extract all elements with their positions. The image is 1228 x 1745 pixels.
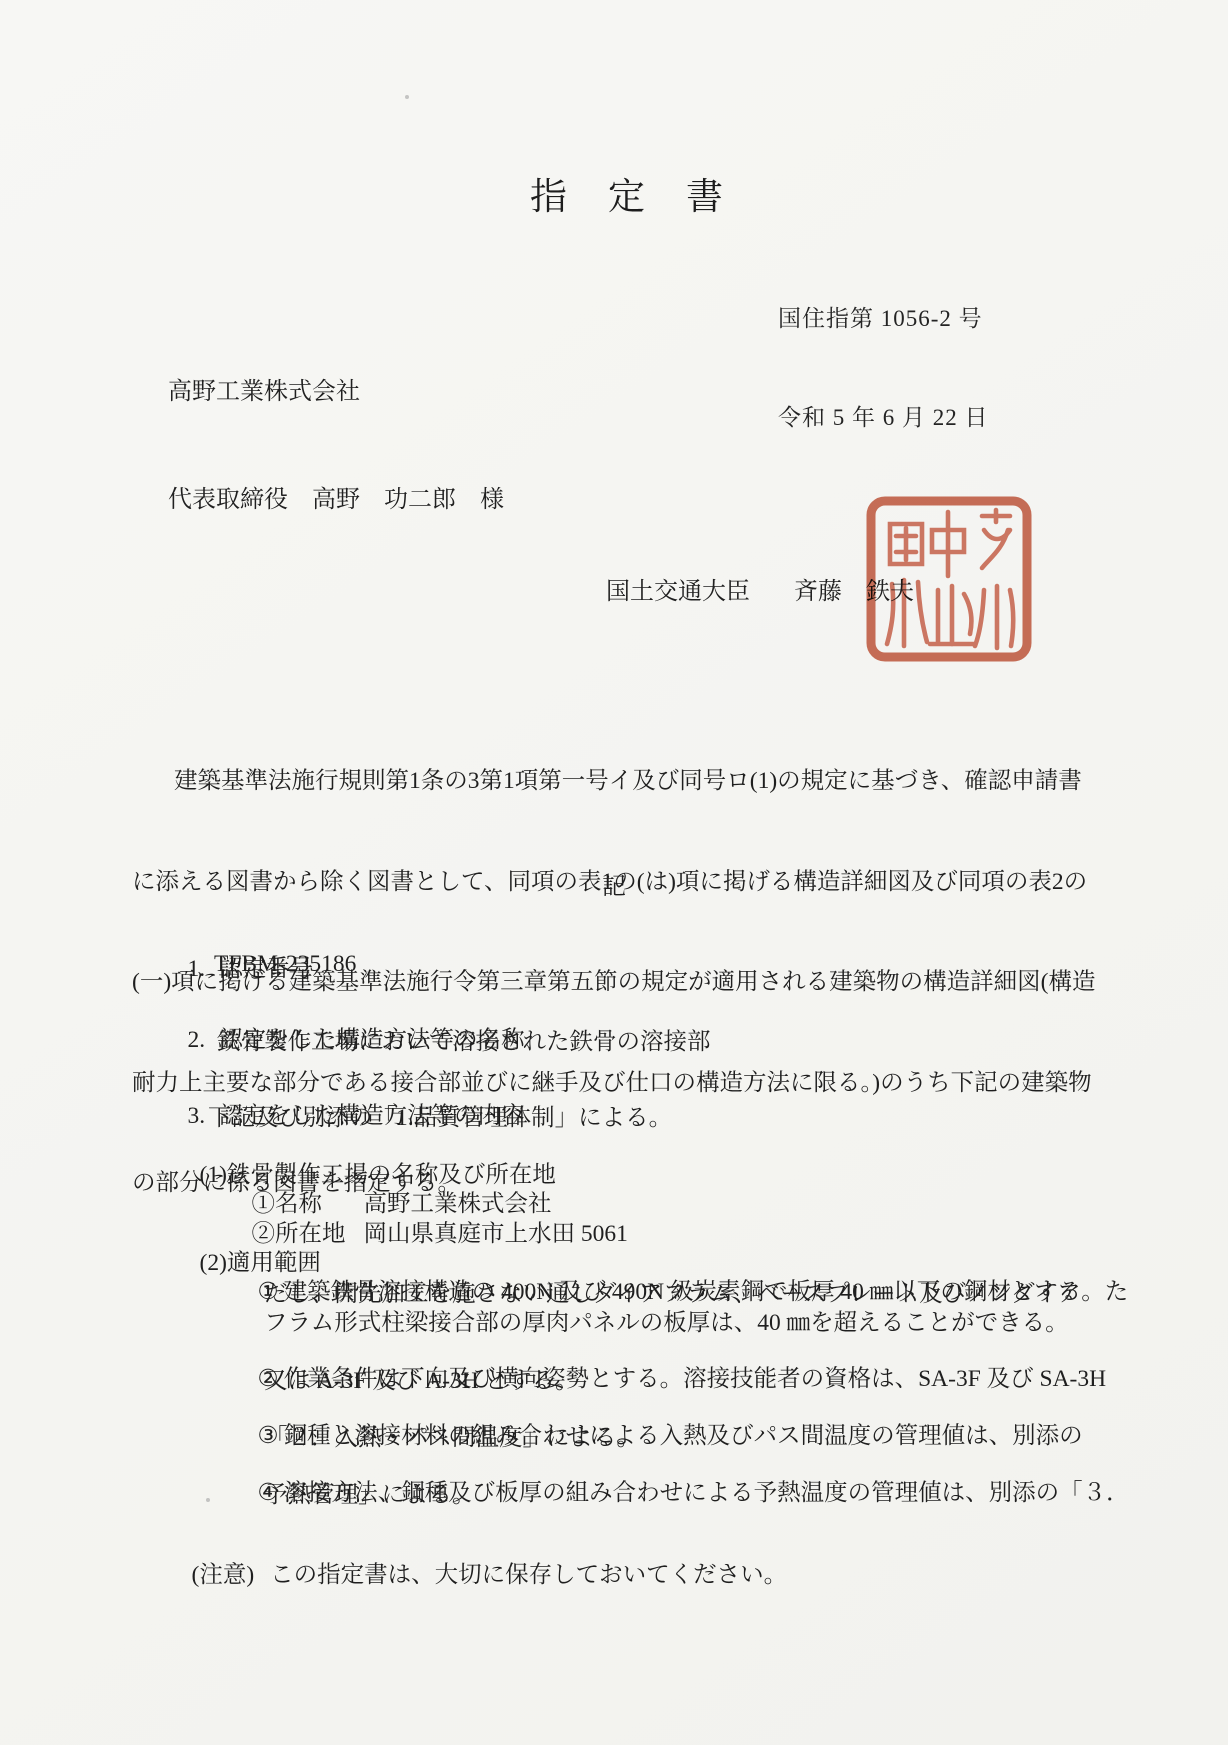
page-title: 指 定 書 xyxy=(530,166,725,220)
body-line: 建築基準法施行規則第1条の3第1項第一号イ及び同号ロ(1)の規定に基づき、確認申… xyxy=(132,765,1112,799)
item-number: 1. xyxy=(188,956,206,983)
issue-date: 令和 5 年 6 月 22 日 xyxy=(778,401,989,434)
issuer-title: 国土交通大臣 xyxy=(606,579,750,605)
ki-heading: 記 xyxy=(0,866,1228,901)
subsection-number: (1) xyxy=(200,1162,227,1188)
document-page: 指 定 書 国住指第 1056-2 号 令和 5 年 6 月 22 日 高野工業… xyxy=(0,0,1228,1745)
item-1-value: TFBM-235186 xyxy=(214,951,356,978)
subsection-number: (2) xyxy=(200,1250,227,1276)
scan-speck xyxy=(206,1498,210,1502)
detail-value: 岡山県真庭市上水田 5061 xyxy=(364,1221,628,1247)
addressee-person: 代表取締役 高野 功二郎 様 xyxy=(168,482,504,518)
document-meta: 国住指第 1056-2 号 令和 5 年 6 月 22 日 xyxy=(778,236,989,500)
scan-speck xyxy=(906,871,909,874)
clause-4-line-2: 予熱管理」による。 xyxy=(264,1475,476,1509)
addressee-block: 高野工業株式会社 代表取締役 高野 功二郎 様 xyxy=(168,302,504,590)
doc-number: 国住指第 1056-2 号 xyxy=(778,302,989,335)
scan-speck xyxy=(405,95,409,99)
addressee-company: 高野工業株式会社 xyxy=(168,374,504,410)
item-number: 3. xyxy=(188,1103,206,1130)
notice-label: (注意) xyxy=(192,1562,255,1588)
notice-text: この指定書は、大切に保存しておいてください。 xyxy=(270,1562,787,1588)
item-3-intro: 下記及び別添の「1.品質管理体制」による。 xyxy=(208,1098,672,1132)
item-2-value: 鉄骨製作工場において溶接された鉄骨の溶接部 xyxy=(217,1022,711,1056)
seal-icon xyxy=(866,496,1032,662)
item-number: 2. xyxy=(188,1027,206,1054)
notice: (注意)この指定書は、大切に保存しておいてください。 xyxy=(168,1528,787,1616)
minister-seal xyxy=(850,478,1032,685)
